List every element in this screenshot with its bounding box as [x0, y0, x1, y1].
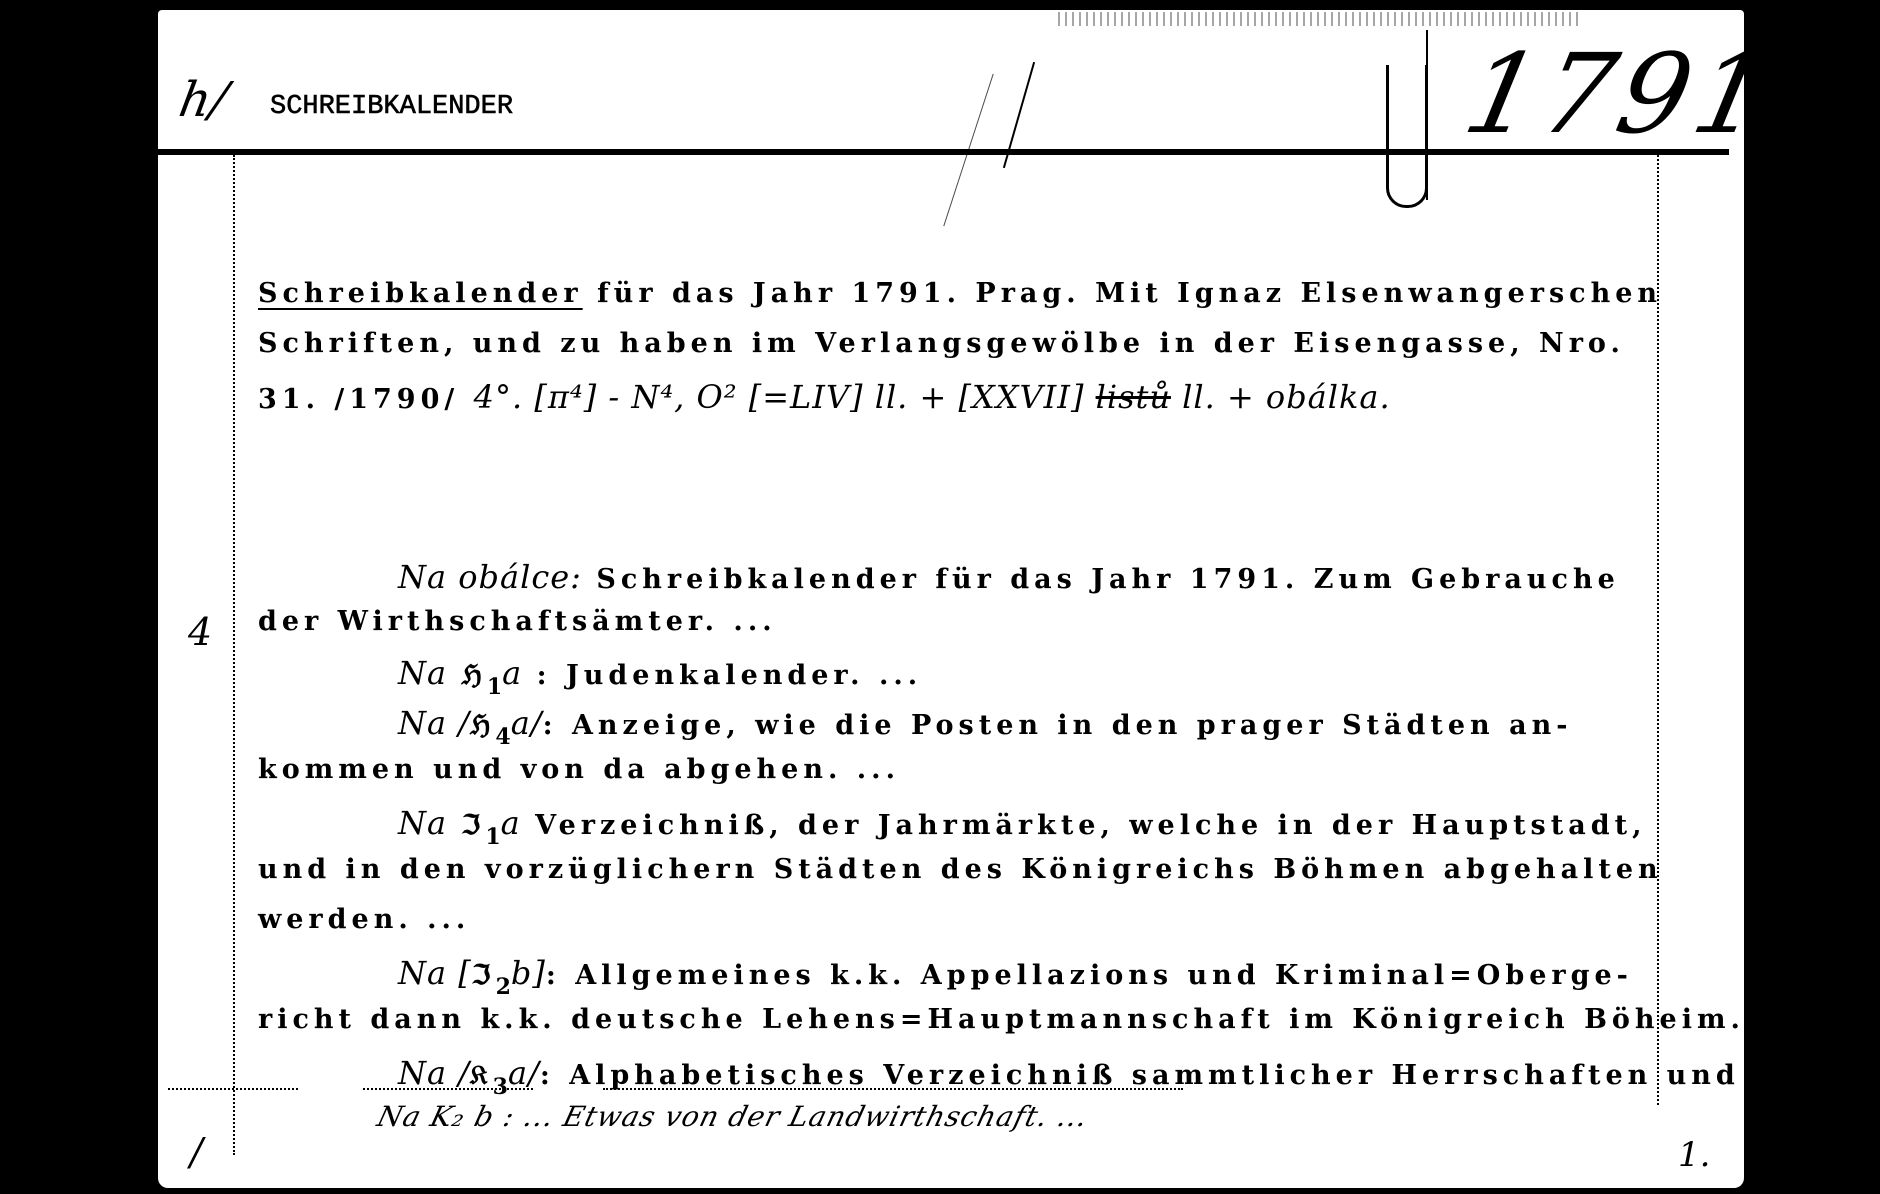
note-obalka: Na obálce: Schreibkalender für das Jahr …: [398, 558, 1620, 596]
dotted-rule: [168, 1088, 298, 1090]
entry-line-1: Schreibkalender für das Jahr 1791. Prag.…: [258, 278, 1662, 309]
scratch-marks: [1058, 12, 1578, 26]
entry-line-2: Schriften, und zu haben im Verlangsgewöl…: [258, 328, 1625, 359]
dotted-rule: [603, 1088, 1183, 1090]
left-margin-line: [233, 155, 235, 1155]
header-rule: [158, 149, 1729, 155]
note-obalka-cont: der Wirthschaftsämter. ...: [258, 606, 777, 637]
note-j2b: Na [ℑ2b]: Allgemeines k.k. Appellazions …: [398, 954, 1633, 1000]
note-h1a: Na ℌ1a : Judenkalender. ...: [398, 654, 922, 700]
note-h4a: Na /ℌ4a/: Anzeige, wie die Posten in den…: [398, 704, 1572, 750]
handwritten-initials: h/: [175, 72, 232, 128]
handwritten-year: 1791: [1454, 30, 1785, 158]
note-j1a-cont1: und in den vorzüglichern Städten des Kön…: [258, 854, 1663, 885]
note-j2b-cont: richt dann k.k. deutsche Lehens=Hauptman…: [258, 1004, 1803, 1035]
note-h4a-cont: kommen und von da abgehen. ...: [258, 754, 900, 785]
card-title: SCHREIBKALENDER: [270, 92, 513, 122]
pen-stroke: [1426, 30, 1428, 200]
page-number: 1.: [1678, 1135, 1710, 1175]
collation-handwritten: 4°. [π⁴] - N⁴, O² [=LIV] ll. + [XXVII]: [474, 378, 1096, 416]
catalog-card: h/ SCHREIBKALENDER 1791 Schreibkalender …: [158, 10, 1744, 1188]
margin-mark-upper: 4: [188, 610, 212, 654]
note-j1a: Na ℑ1a Verzeichniß, der Jahrmärkte, welc…: [398, 804, 1646, 850]
note-j1a-cont2: werden. ...: [258, 904, 470, 935]
paperclip-mark: [1386, 65, 1428, 208]
struck-word: listů: [1096, 378, 1171, 416]
note-k3a: Na /𝔎3a/: Alphabetisches Verzeichniß sam…: [398, 1054, 1740, 1100]
dotted-rule: [363, 1088, 533, 1090]
entry-line-3: 31. /1790/ 4°. [π⁴] - N⁴, O² [=LIV] ll. …: [258, 378, 1391, 416]
margin-mark-lower: /: [190, 1130, 203, 1174]
handwritten-note-k2b: Na K₂ b : ... Etwas von der Landwirthsch…: [374, 1100, 1092, 1133]
